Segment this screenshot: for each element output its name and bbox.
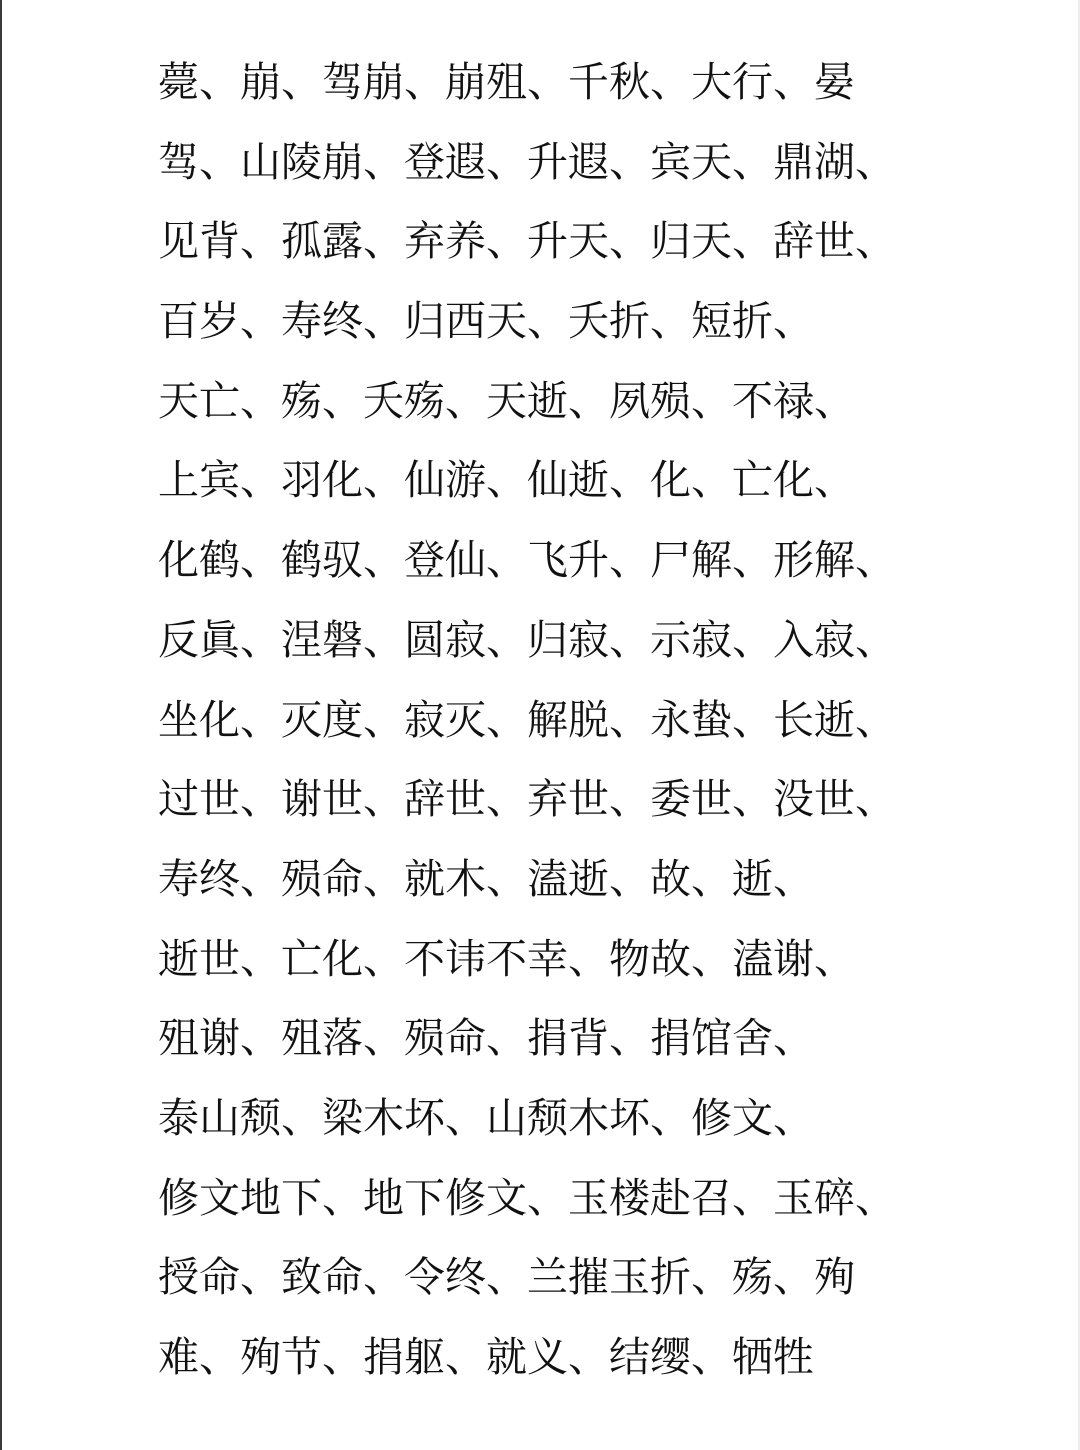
text-line: 殂谢、殂落、殒命、捐背、捐馆舍、: [158, 1008, 958, 1088]
text-line: 逝世、亡化、不讳不幸、物故、溘谢、: [158, 929, 958, 1009]
text-line: 修文地下、地下修文、玉楼赴召、玉碎、: [158, 1168, 958, 1248]
text-line: 天亡、殇、夭殇、天逝、夙殒、不禄、: [158, 371, 958, 451]
text-line: 寿终、殒命、就木、溘逝、故、逝、: [158, 849, 958, 929]
text-line: 薨、崩、驾崩、崩殂、千秋、大行、晏: [158, 52, 958, 132]
text-line: 难、殉节、捐躯、就义、结缨、牺牲: [158, 1327, 958, 1407]
text-line: 泰山颓、梁木坏、山颓木坏、修文、: [158, 1088, 958, 1168]
text-line: 过世、谢世、辞世、弃世、委世、没世、: [158, 769, 958, 849]
document-page: 薨、崩、驾崩、崩殂、千秋、大行、晏 驾、山陵崩、登遐、升遐、宾天、鼎湖、 见背、…: [0, 0, 1080, 1450]
text-body: 薨、崩、驾崩、崩殂、千秋、大行、晏 驾、山陵崩、登遐、升遐、宾天、鼎湖、 见背、…: [158, 52, 958, 1407]
text-line: 百岁、寿终、归西天、夭折、短折、: [158, 291, 958, 371]
text-line: 反眞、涅磐、圆寂、归寂、示寂、入寂、: [158, 610, 958, 690]
text-line: 驾、山陵崩、登遐、升遐、宾天、鼎湖、: [158, 132, 958, 212]
text-line: 坐化、灭度、寂灭、解脱、永蛰、长逝、: [158, 690, 958, 770]
text-line: 授命、致命、令终、兰摧玉折、殇、殉: [158, 1247, 958, 1327]
text-line: 化鹤、鹤驭、登仙、飞升、尸解、形解、: [158, 530, 958, 610]
text-line: 上宾、羽化、仙游、仙逝、化、亡化、: [158, 450, 958, 530]
text-line: 见背、孤露、弃养、升天、归天、辞世、: [158, 211, 958, 291]
